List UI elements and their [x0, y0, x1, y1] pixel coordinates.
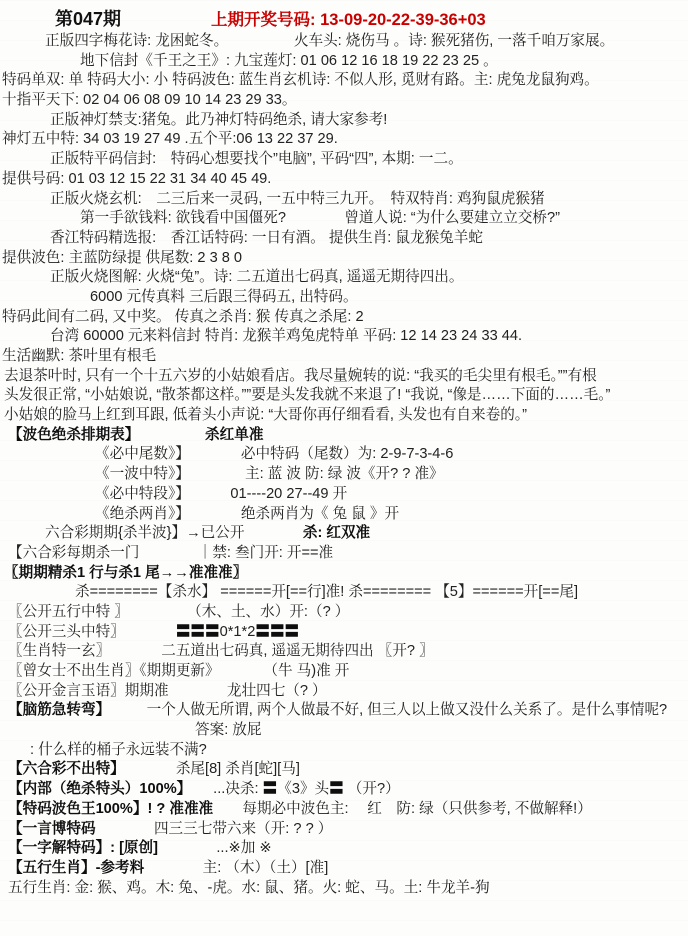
- text-line-8: 提供号码: 01 03 12 15 22 31 34 40 45 49.: [0, 170, 688, 190]
- text-segment: ...※加 ※: [158, 840, 272, 856]
- text-segment: 杀========【杀水】 ======开[==行]准! 杀======== 【…: [75, 584, 578, 600]
- lottery-tip-sheet: 第047期 上期开奖号码: 13-09-20-22-39-36+03 正版四字梅…: [0, 0, 688, 936]
- text-segment: 特码此间有二码, 又中奖。 传真之杀肖: 猴 传真之杀尾: 2: [2, 309, 364, 325]
- text-segment: 【六合彩每期杀一门 ｜禁: 叁门开: 开==准: [8, 545, 333, 561]
- text-line-25: 《绝杀两肖》】 绝杀两肖为《 兔 鼠 》开: [0, 505, 688, 525]
- text-segment: 十指平天下: 02 04 06 08 09 10 14 23 29 33。: [2, 92, 297, 108]
- text-segment: 生活幽默: 茶叶里有根毛: [2, 348, 156, 364]
- text-segment: 【内部（绝杀特头）100%】: [8, 781, 184, 797]
- text-line-22: 《必中尾数》】 必中特码（尾数）为: 2-9-7-3-4-6: [0, 445, 688, 465]
- text-segment: 答案: 放屁: [195, 722, 262, 738]
- text-line-24: 《必中特段》】 01----20 27--49 开: [0, 485, 688, 505]
- text-line-20: 小姑娘的脸马上红到耳跟, 低着头小声说: “大哥你再仔细看看, 头发也有自来卷的…: [0, 406, 688, 426]
- text-segment: 小姑娘的脸马上红到耳跟, 低着头小声说: “大哥你再仔细看看, 头发也有自来卷的…: [4, 407, 527, 423]
- text-segment: 每期必中波色主: 红 防: 绿（只供参考, 不做解释!）: [213, 801, 592, 817]
- text-line-34: 〖公开金言玉语〗期期准 龙壮四七（? ）: [0, 682, 688, 702]
- text-line-11: 香江特码精选报: 香江话特码: 一日有酒。 提供生肖: 鼠龙猴兔羊蛇: [0, 229, 688, 249]
- page-header: 第047期 上期开奖号码: 13-09-20-22-39-36+03: [0, 6, 688, 32]
- text-segment: 【六合彩不出特】: [8, 761, 117, 777]
- text-line-29: 杀========【杀水】 ======开[==行]准! 杀======== 【…: [0, 583, 688, 603]
- text-line-23: 《一波中特》】 主: 蓝 波 防: 绿 波《开? ? 准》: [0, 465, 688, 485]
- text-line-21: 【波色绝杀排期表】 杀红单准: [0, 426, 688, 446]
- text-segment: 地下信封《千王之王》: 九宝莲灯: 01 06 12 16 18 19 22 2…: [80, 53, 498, 69]
- text-segment: 第一手欲钱料: 欲钱看中国僵死? 曾道人说: “为什么要建立立交桥?”: [80, 210, 560, 226]
- text-line-30: 〖公开五行中特 〗 （木、土、水）开:（? ）: [0, 603, 688, 623]
- text-line-14: 6000 元传真料 三后跟三得码五, 出特码。: [0, 288, 688, 308]
- text-segment: 〓: [329, 781, 344, 797]
- text-segment: 〓〓〓: [255, 624, 299, 640]
- text-segment: 〖生肖特一玄〗 二五道出七码真, 遥遥无期待四出 〖开? 〗: [8, 643, 434, 659]
- text-segment: 正版特平码信封: 特码心想要找个”电脑”, 平码“四”, 本期: 一二。: [50, 151, 463, 167]
- text-line-12: 提供波色: 主蓝防绿提 供尾数: 2 3 8 0: [0, 249, 688, 269]
- text-segment: 【一言博特码: [8, 821, 96, 837]
- text-line-42: 【一字解特码】: [原创] ...※加 ※: [0, 839, 688, 859]
- text-segment: 《一波中特》】 主: 蓝 波 防: 绿 波《开? ? 准》: [95, 466, 444, 482]
- text-line-33: 〖曾女士不出生肖〗《期期更新》 （牛 马)准 开: [0, 662, 688, 682]
- text-segment: 〖曾女士不出生肖〗《期期更新》 （牛 马)准 开: [8, 663, 349, 679]
- text-segment: 〓〓〓: [176, 624, 220, 640]
- text-line-39: 【内部（绝杀特头）100%】 ...决杀: 〓《3》头〓 （开?）: [0, 780, 688, 800]
- text-line-35: 【脑筋急转弯】 一个人做无所谓, 两个人做最不好, 但三人以上做又没什么关系了。…: [0, 701, 688, 721]
- text-line-1: 正版四字梅花诗: 龙困蛇冬。 火车头: 烧伤马 。诗: 猴死猪伤, 一落千咱万家…: [0, 32, 688, 52]
- text-segment: 杀尾[8] 杀肖[蛇][马]: [117, 761, 299, 777]
- text-line-41: 【一言博特码 四三三七带六来（开: ? ? ）: [0, 820, 688, 840]
- text-segment: 〖公开三头中特〗: [8, 624, 176, 640]
- text-segment: 提供号码: 01 03 12 15 22 31 34 40 45 49.: [2, 171, 271, 187]
- text-line-5: 正版神灯禁支:猪兔。此乃神灯特码绝杀, 请大家参考!: [0, 111, 688, 131]
- text-line-36: 答案: 放屁: [0, 721, 688, 741]
- text-segment: 主: （木）（土）[准]: [144, 860, 328, 876]
- text-segment: 四三三七带六来（开: ? ? ）: [96, 821, 333, 837]
- text-segment: 特码单双: 单 特码大小: 小 特码波色: 蓝生肖玄机诗: 不似人形, 觅财有路…: [2, 72, 599, 88]
- text-segment: 【一字解特码】: [原创]: [8, 840, 158, 856]
- text-segment: ...决杀:: [184, 781, 263, 797]
- text-line-31: 〖公开三头中特〗 〓〓〓0*1*2〓〓〓: [0, 623, 688, 643]
- text-line-15: 特码此间有二码, 又中奖。 传真之杀肖: 猴 传真之杀尾: 2: [0, 308, 688, 328]
- text-line-10: 第一手欲钱料: 欲钱看中国僵死? 曾道人说: “为什么要建立立交桥?”: [0, 209, 688, 229]
- text-line-7: 正版特平码信封: 特码心想要找个”电脑”, 平码“四”, 本期: 一二。: [0, 150, 688, 170]
- text-segment: 《3》头: [277, 781, 329, 797]
- text-segment: 六合彩期期{杀半波}】→已公开: [45, 525, 303, 541]
- text-segment: 正版神灯禁支:猪兔。此乃神灯特码绝杀, 请大家参考!: [50, 112, 387, 128]
- text-segment: 杀: 红双准: [303, 525, 370, 541]
- text-segment: 正版火烧图解: 火烧“兔”。诗: 二五道出七码真, 遥遥无期待四出。: [50, 269, 464, 285]
- text-line-19: 头发很正常, “小姑娘说, “散茶都这样。””要是头发我就不来退了! “我说, …: [0, 386, 688, 406]
- text-segment: 正版火烧玄机: 二三后来一灵码, 一五中特三九开。 特双特肖: 鸡狗鼠虎猴猪: [50, 191, 545, 207]
- text-segment: 神灯五中特: 34 03 19 27 49 .五个平:06 13 22 37 2…: [2, 131, 338, 147]
- text-line-37: : 什么样的桶子永远装不满?: [0, 741, 688, 761]
- text-segment: 《必中尾数》】 必中特码（尾数）为: 2-9-7-3-4-6: [95, 446, 453, 462]
- text-line-17: 生活幽默: 茶叶里有根毛: [0, 347, 688, 367]
- text-line-16: 台湾 60000 元来料信封 特肖: 龙猴羊鸡兔虎特单 平码: 12 14 23…: [0, 327, 688, 347]
- text-segment: 【五行生肖】-参考料: [8, 860, 144, 876]
- text-segment: （开?）: [344, 781, 400, 797]
- text-line-40: 【特码波色王100%】! ? 准准准 每期必中波色主: 红 防: 绿（只供参考,…: [0, 800, 688, 820]
- document-body: 正版四字梅花诗: 龙困蛇冬。 火车头: 烧伤马 。诗: 猴死猪伤, 一落千咱万家…: [0, 32, 688, 898]
- text-line-28: 〖期期精杀1 行与杀1 尾→→准准准〗: [0, 564, 688, 584]
- text-line-13: 正版火烧图解: 火烧“兔”。诗: 二五道出七码真, 遥遥无期待四出。: [0, 268, 688, 288]
- issue-number: 第047期: [55, 6, 121, 32]
- text-segment: 台湾 60000 元来料信封 特肖: 龙猴羊鸡兔虎特单 平码: 12 14 23…: [50, 328, 522, 344]
- text-line-27: 【六合彩每期杀一门 ｜禁: 叁门开: 开==准: [0, 544, 688, 564]
- text-segment: 〖公开金言玉语〗期期准 龙壮四七（? ）: [8, 683, 327, 699]
- text-segment: 杀红单准: [205, 427, 263, 443]
- last-draw-numbers: 上期开奖号码: 13-09-20-22-39-36+03: [211, 7, 486, 32]
- text-segment: : 什么样的桶子永远装不满?: [30, 742, 207, 758]
- text-segment: 【脑筋急转弯】: [8, 702, 103, 718]
- text-line-26: 六合彩期期{杀半波}】→已公开 杀: 红双准: [0, 524, 688, 544]
- text-line-18: 去退茶叶时, 只有一个十五六岁的小姑娘看店。我尽量婉转的说: “我买的毛尖里有根…: [0, 367, 688, 387]
- text-segment: 《绝杀两肖》】 绝杀两肖为《 兔 鼠 》开: [95, 506, 399, 522]
- text-line-44: 五行生肖: 金: 猴、鸡。木: 兔、-虎。水: 鼠、猪。火: 蛇、马。土: 牛龙…: [0, 879, 688, 899]
- text-segment: [132, 427, 205, 443]
- text-segment: 正版四字梅花诗: 龙困蛇冬。 火车头: 烧伤马 。诗: 猴死猪伤, 一落千咱万家…: [45, 33, 614, 49]
- text-segment: 《必中特段》】 01----20 27--49 开: [95, 486, 347, 502]
- text-segment: 〓: [263, 781, 278, 797]
- text-segment: 头发很正常, “小姑娘说, “散茶都这样。””要是头发我就不来退了! “我说, …: [4, 387, 610, 403]
- text-segment: 〖期期精杀1 行与杀1 尾→→准准准〗: [4, 565, 247, 581]
- text-segment: 提供波色: 主蓝防绿提 供尾数: 2 3 8 0: [2, 250, 242, 266]
- text-segment: 6000 元传真料 三后跟三得码五, 出特码。: [90, 289, 358, 305]
- text-segment: 去退茶叶时, 只有一个十五六岁的小姑娘看店。我尽量婉转的说: “我买的毛尖里有根…: [4, 368, 597, 384]
- text-line-6: 神灯五中特: 34 03 19 27 49 .五个平:06 13 22 37 2…: [0, 130, 688, 150]
- text-segment: 〖公开五行中特 〗 （木、土、水）开:（? ）: [8, 604, 349, 620]
- text-line-3: 特码单双: 单 特码大小: 小 特码波色: 蓝生肖玄机诗: 不似人形, 觅财有路…: [0, 71, 688, 91]
- text-line-9: 正版火烧玄机: 二三后来一灵码, 一五中特三九开。 特双特肖: 鸡狗鼠虎猴猪: [0, 190, 688, 210]
- text-line-43: 【五行生肖】-参考料 主: （木）（土）[准]: [0, 859, 688, 879]
- text-line-32: 〖生肖特一玄〗 二五道出七码真, 遥遥无期待四出 〖开? 〗: [0, 642, 688, 662]
- text-segment: 【特码波色王100%】! ? 准准准: [8, 801, 213, 817]
- text-segment: 【波色绝杀排期表】: [8, 427, 132, 443]
- text-line-38: 【六合彩不出特】 杀尾[8] 杀肖[蛇][马]: [0, 760, 688, 780]
- text-segment: 0*1*2: [220, 624, 256, 640]
- text-line-2: 地下信封《千王之王》: 九宝莲灯: 01 06 12 16 18 19 22 2…: [0, 52, 688, 72]
- text-segment: 香江特码精选报: 香江话特码: 一日有酒。 提供生肖: 鼠龙猴兔羊蛇: [50, 230, 483, 246]
- text-segment: 一个人做无所谓, 两个人做最不好, 但三人以上做又没什么关系了。是什么事情呢?: [103, 702, 667, 718]
- text-segment: 五行生肖: 金: 猴、鸡。木: 兔、-虎。水: 鼠、猪。火: 蛇、马。土: 牛龙…: [8, 880, 490, 896]
- text-line-4: 十指平天下: 02 04 06 08 09 10 14 23 29 33。: [0, 91, 688, 111]
